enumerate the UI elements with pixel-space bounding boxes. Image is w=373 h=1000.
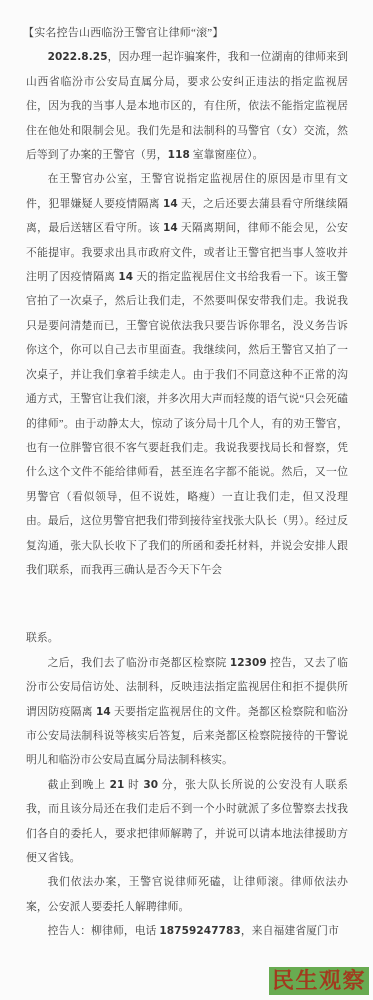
numeric-text: 14 — [163, 198, 178, 210]
numeric-text: 12309 — [230, 657, 267, 669]
document-body: 2022.8.25，因办理一起诈骗案件，我和一位湖南的律师来到山西省临汾市公安局… — [26, 45, 348, 943]
numeric-text: 14 — [118, 271, 133, 283]
watermark-badge: 民生观察 — [269, 967, 369, 995]
numeric-text: 14 — [163, 222, 178, 234]
numeric-text: 30 — [143, 779, 158, 791]
numeric-text: 2022.8.25 — [48, 51, 108, 63]
paragraph: 联系。 — [26, 626, 348, 650]
numeric-text: 21 — [110, 779, 125, 791]
paragraph: 截止到晚上 21 时 30 分，张大队长所说的公安没有人联系我，而且该分局还在我… — [26, 773, 348, 871]
document-title: 【实名控告山西临汾王警官让律师“滚”】 — [23, 21, 348, 45]
numeric-text: 118 — [168, 149, 190, 161]
paragraph: 在王警官办公室，王警官说指定监视居住的原因是市里有文件，犯罪嫌疑人要疫情隔离 1… — [26, 167, 348, 582]
complaint-document: 【实名控告山西临汾王警官让律师“滚”】 2022.8.25，因办理一起诈骗案件，… — [0, 0, 373, 1000]
numeric-text: 18759247783 — [159, 925, 240, 937]
page-break-gap — [26, 582, 348, 626]
numeric-text: 14 — [96, 706, 111, 718]
paragraph: 2022.8.25，因办理一起诈骗案件，我和一位湖南的律师来到山西省临汾市公安局… — [26, 45, 348, 167]
paragraph: 控告人：柳律师，电话 18759247783，来自福建省厦门市 — [26, 919, 348, 943]
paragraph: 之后，我们去了临汾市尧都区检察院 12309 控告，又去了临汾市公安局信访处、法… — [26, 651, 348, 773]
paragraph: 我们依法办案，王警官说律师死磕，让律师滚。律师依法办案，公安派人要委托人解聘律师… — [26, 870, 348, 919]
